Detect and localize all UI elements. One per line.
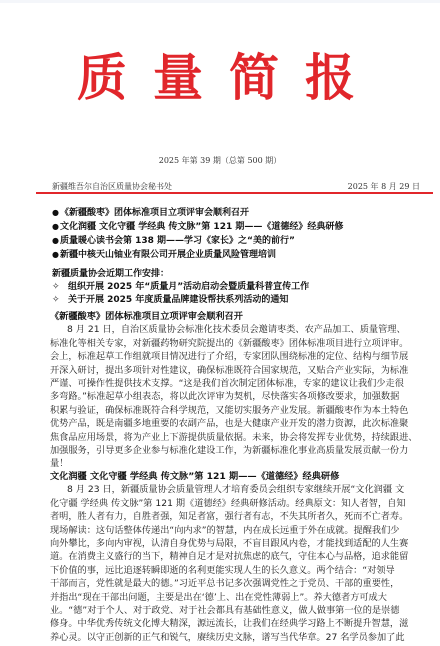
agenda-item: ✧关于开展 2025 年度质量品牌建设帮扶系列活动的通知 <box>52 294 432 307</box>
toc-item: ●文化润疆 文化守疆 学经典 传文脉”第 121 期——《道德经》经典研修 <box>52 220 432 234</box>
issue-number: 2025 年第 39 期（总第 500 期） <box>0 155 440 166</box>
article-line: 优势产品，既是南疆多地重要的农副产品，也是大健康产业开发的潜力资源，此次标准聚 <box>50 417 440 430</box>
publisher-organization: 新疆维吾尔自治区质量协会秘书处 <box>52 181 172 192</box>
article-line: 积累与验证，确保标准既符合科学规范，又能切实服务产业发展。新疆酸枣作为本土特色 <box>50 404 440 417</box>
table-of-contents: ●《新疆酸枣》团体标准项目立项评审会顺利召开 ●文化润疆 文化守疆 学经典 传文… <box>52 206 432 262</box>
article-title: 文化润疆 文化守疆 学经典 传文脉”第 121 期——《道德经》经典研修 <box>50 470 440 483</box>
masthead-title: 质量简报 <box>0 48 440 108</box>
toc-item: ●质量暖心读书会第 138 期——学习《家长》之“美的前行” <box>52 234 432 248</box>
bullet-icon: ● <box>52 236 59 245</box>
toc-item: ●《新疆酸枣》团体标准项目立项评审会顺利召开 <box>52 206 432 220</box>
toc-item: ●新疆中核天山铀业有限公司开展企业质量风险管理培训 <box>52 248 432 262</box>
diamond-icon: ✧ <box>52 281 66 294</box>
article-line: 严谨、可操作性提供技术支撑。“这是我们首次制定团体标准，专家的建议让我们少走很 <box>50 377 440 390</box>
publish-date: 2025 年 8 月 29 日 <box>348 181 420 192</box>
article-jujube-standard: 《新疆酸枣》团体标准项目立项评审会顺利召开 8 月 21 日，自治区质量协会标准… <box>50 310 440 471</box>
article-line: 多弯路。”标准起草小组表态，将以此次评审为契机，尽快落实各项修改要求，加强数据 <box>50 390 440 403</box>
article-line: 修身。中华优秀传统文化博大精深，源远流长，让我们在经典学习路上不断提升智慧，滋 <box>50 617 440 630</box>
article-line: 向外攀比，多向内审视，认清自身优势与局限，不盲目跟风内卷，才能找到适配的人生赛 <box>50 537 440 550</box>
header-divider <box>36 192 433 194</box>
article-line: 道。在消费主义盛行的当下，精神自足才是对抗焦虑的底气，守住本心与品格，追求能留 <box>50 550 440 563</box>
agenda-item: ✧组织开展 2025 年“质量月”活动启动会暨质量科普宣传工作 <box>52 281 432 294</box>
article-line: 者明，胜人者有力，自胜者强，知足者富，强行者有志，不失其所者久，死而不亡者寿。 <box>50 510 440 523</box>
article-line: 养心灵。以守正创新的正气和锐气，赓续历史文脉，谱写当代华章。27 名学员参加了此 <box>50 631 440 644</box>
diamond-icon: ✧ <box>52 294 66 307</box>
article-title: 《新疆酸枣》团体标准项目立项评审会顺利召开 <box>50 310 440 323</box>
article-line: 化守疆 学经典 传文脉”第 121 期《道德经》经典研修活动。经典原文：知人者智… <box>50 497 440 510</box>
article-line: 8 月 21 日，自治区质量协会标准化技术委员会邀请枣类、农产品加工、质量管理、 <box>50 323 440 336</box>
top-edge-bar <box>0 0 440 3</box>
article-line: 现场解读：这句话整体传递出“向内求”的智慧，内在成长远重于外在成就。提醒我们少 <box>50 524 440 537</box>
article-line: 并指出“现在干部出问题，主要是出在‘德’上、出在党性薄弱上”。养大德者方可成大 <box>50 591 440 604</box>
article-line: 标准化等相关专家，对新疆药物研究院提出的《新疆酸枣》团体标准项目进行立项评审。 <box>50 337 440 350</box>
article-daodejing-study: 文化润疆 文化守疆 学经典 传文脉”第 121 期——《道德经》经典研修 8 月… <box>50 470 440 644</box>
article-line: 量！ <box>50 457 440 470</box>
article-line: 8 月 23 日，新疆质量协会质量管理人才培育委员会组织专家继续开展“文化润疆 … <box>50 483 440 496</box>
article-line: 会上，标准起草工作组就项目情况进行了介绍，专家团队围绕标准的定位、结构与细节展 <box>50 350 440 363</box>
article-line: 加强服务，引导更多企业参与标准化建设工作，为新疆标准化事业高质量发展贡献一份力 <box>50 444 440 457</box>
agenda-heading: 新疆质量协会近期工作安排： <box>52 268 432 281</box>
bullet-icon: ● <box>52 222 59 231</box>
article-line: 焦食品应用场景，将为产业上下游提供质量依据。未来，协会将发挥专业优势，持续跟进、 <box>50 431 440 444</box>
bullet-icon: ● <box>52 208 59 217</box>
article-line: 干部而言，党性就是最大的德。”习近平总书记多次强调党性之于党员、干部的重要性， <box>50 577 440 590</box>
article-line: 业。“德”对于个人、对于政党、对于社会都具有基础性意义，做人做事第一位的是崇德 <box>50 604 440 617</box>
upcoming-work-section: 新疆质量协会近期工作安排： ✧组织开展 2025 年“质量月”活动启动会暨质量科… <box>52 268 432 307</box>
article-line: 开深入研讨，提出多项针对性建议，确保标准既符合国家规范，又贴合产业实际，为标准 <box>50 364 440 377</box>
article-line: 下价值的事，远比追逐转瞬即逝的名利更能实现人生的长久意义。两个结合：“对领导 <box>50 564 440 577</box>
bullet-icon: ● <box>52 250 59 259</box>
